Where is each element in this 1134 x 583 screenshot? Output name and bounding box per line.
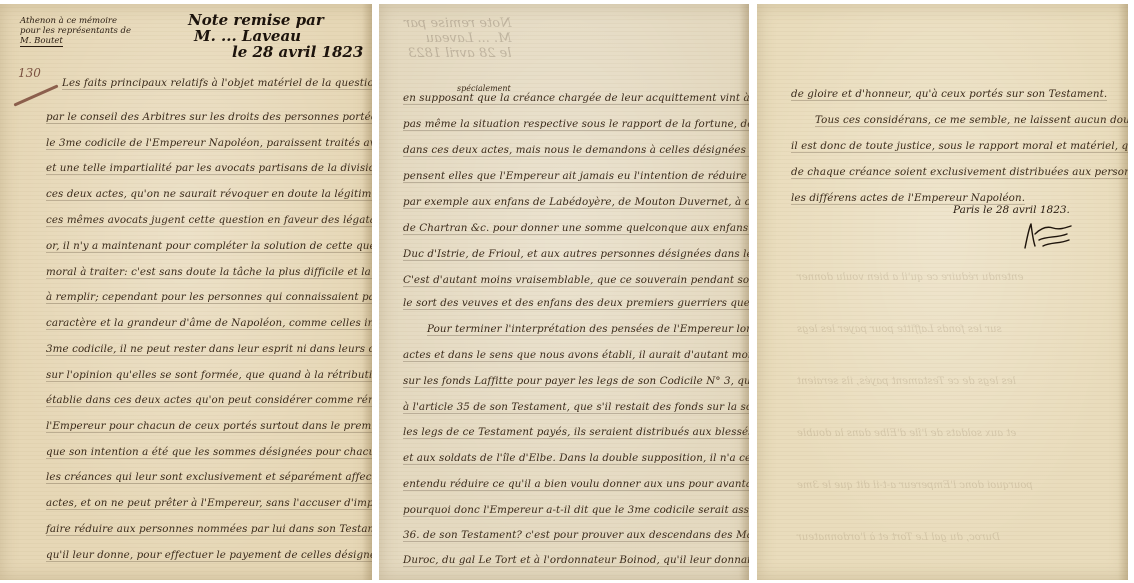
- text-line: dans ces deux actes, mais nous le demand…: [403, 144, 749, 157]
- text-line: actes et dans le sens que nous avons éta…: [403, 349, 749, 362]
- text-line: ces deux actes, qu'on ne saurait révoque…: [46, 188, 372, 201]
- text-line: pensent elles que l'Empereur ait jamais …: [403, 170, 749, 183]
- text-line: par exemple aux enfans de Labédoyère, de…: [403, 196, 749, 209]
- ghost-header-line: Note remise par: [404, 16, 511, 31]
- header-note-line: M. ... Laveau: [188, 28, 363, 44]
- text-line: Duc d'Istrie, de Frioul, et aux autres p…: [403, 248, 749, 261]
- bleed-through-text: entendu réduire ce qu'il a bien voulu do…: [797, 272, 1023, 283]
- text-line: or, il n'y a maintenant pour compléter l…: [46, 240, 372, 253]
- bleed-through-text: et aux soldats de l'île d'Elbe dans la d…: [797, 428, 1016, 439]
- text-line: Les faits principaux relatifs à l'objet …: [62, 77, 372, 90]
- manuscript-page-1: Athenon à ce mémoire pour les représenta…: [0, 4, 372, 580]
- signature-icon: [1019, 220, 1075, 250]
- text-line: pas même la situation respective sous le…: [403, 118, 749, 131]
- bleed-through-header: Note remise par M. ... Laveau le 28 avri…: [404, 16, 511, 61]
- ghost-header-line: M. ... Laveau: [404, 31, 511, 46]
- bleed-through-text: Duroc, du gal Le Tort et à l'ordonnateur: [797, 532, 1000, 543]
- text-line: le sort des veuves et des enfans des deu…: [403, 297, 749, 310]
- text-line: l'Empereur pour chacun de ceux portés su…: [46, 420, 372, 433]
- text-line: qu'il leur donne, pour effectuer le paye…: [46, 549, 372, 562]
- text-line: par le conseil des Arbitres sur les droi…: [46, 111, 372, 124]
- text-line: caractère et la grandeur d'âme de Napolé…: [46, 317, 372, 330]
- bleed-through-text: les legs de ce Testament payés, ils sera…: [797, 376, 1016, 387]
- text-line: que son intention a été que les sommes d…: [46, 446, 372, 459]
- text-line: les legs de ce Testament payés, ils sera…: [403, 426, 749, 439]
- text-line: C'est d'autant moins vraisemblable, que …: [403, 274, 749, 287]
- text-line: et aux soldats de l'île d'Elbe. Dans la …: [403, 452, 749, 465]
- margin-note-line: Athenon à ce mémoire: [20, 16, 140, 26]
- margin-note-line: pour les représentants de: [20, 26, 140, 36]
- place-and-date: Paris le 28 avril 1823.: [953, 204, 1070, 216]
- text-line: les créances qui leur sont exclusivement…: [46, 471, 372, 484]
- text-line: de Chartran &c. pour donner une somme qu…: [403, 222, 749, 235]
- text-line: sur les fonds Laffitte pour payer les le…: [403, 375, 749, 388]
- receipt-header-note: Note remise par M. ... Laveau le 28 avri…: [188, 12, 363, 60]
- margin-note-line: M. Boutet: [20, 36, 63, 47]
- text-line: 36. de son Testament? c'est pour prouver…: [403, 529, 749, 542]
- text-line: Tous ces considérans, ce me semble, ne l…: [815, 114, 1128, 127]
- text-line: Pour terminer l'interprétation des pensé…: [427, 323, 749, 336]
- text-line: à remplir; cependant pour les personnes …: [46, 291, 372, 304]
- text-line: sur l'opinion qu'elles se sont formée, q…: [46, 369, 372, 382]
- bleed-through-text: sur les fonds Laffitte pour payer les le…: [797, 324, 1002, 335]
- text-line: moral à traiter: c'est sans doute la tâc…: [46, 266, 372, 279]
- header-note-line: Note remise par: [188, 12, 363, 28]
- text-line: faire réduire aux personnes nommées par …: [46, 523, 372, 536]
- header-note-line: le 28 avril 1823: [188, 44, 363, 60]
- text-line: à l'article 35 de son Testament, que s'i…: [403, 401, 749, 414]
- margin-note: Athenon à ce mémoire pour les représenta…: [20, 16, 140, 47]
- text-line: de chaque créance soient exclusivement d…: [791, 166, 1128, 179]
- text-line: pourquoi donc l'Empereur a-t-il dit que …: [403, 504, 749, 517]
- text-line: il est donc de toute justice, sous le ra…: [791, 140, 1128, 153]
- bleed-through-text: pourquoi donc l'Empereur a-t-il dit que …: [797, 480, 1033, 491]
- text-line: établie dans ces deux actes qu'on peut c…: [46, 394, 372, 407]
- folio-number: 130: [18, 66, 41, 80]
- text-line: ces mêmes avocats jugent cette question …: [46, 214, 372, 227]
- text-line: le 3me codicile de l'Empereur Napoléon, …: [46, 137, 372, 150]
- manuscript-page-3: de gloire et d'honneur, qu'à ceux portés…: [757, 4, 1128, 580]
- text-line: Duroc, du gal Le Tort et à l'ordonnateur…: [403, 554, 749, 567]
- folio-pen-stroke: [13, 84, 58, 106]
- manuscript-page-2: Note remise par M. ... Laveau le 28 avri…: [379, 4, 749, 580]
- text-line: actes, et on ne peut prêter à l'Empereur…: [46, 497, 372, 510]
- text-line: 3me codicile, il ne peut rester dans leu…: [46, 343, 372, 356]
- text-line: et une telle impartialité par les avocat…: [46, 162, 372, 175]
- text-line: en supposant que la créance chargée de l…: [403, 92, 749, 105]
- text-line: de gloire et d'honneur, qu'à ceux portés…: [791, 88, 1107, 101]
- text-line: entendu réduire ce qu'il a bien voulu do…: [403, 478, 749, 491]
- ghost-header-line: le 28 avril 1823: [404, 46, 511, 61]
